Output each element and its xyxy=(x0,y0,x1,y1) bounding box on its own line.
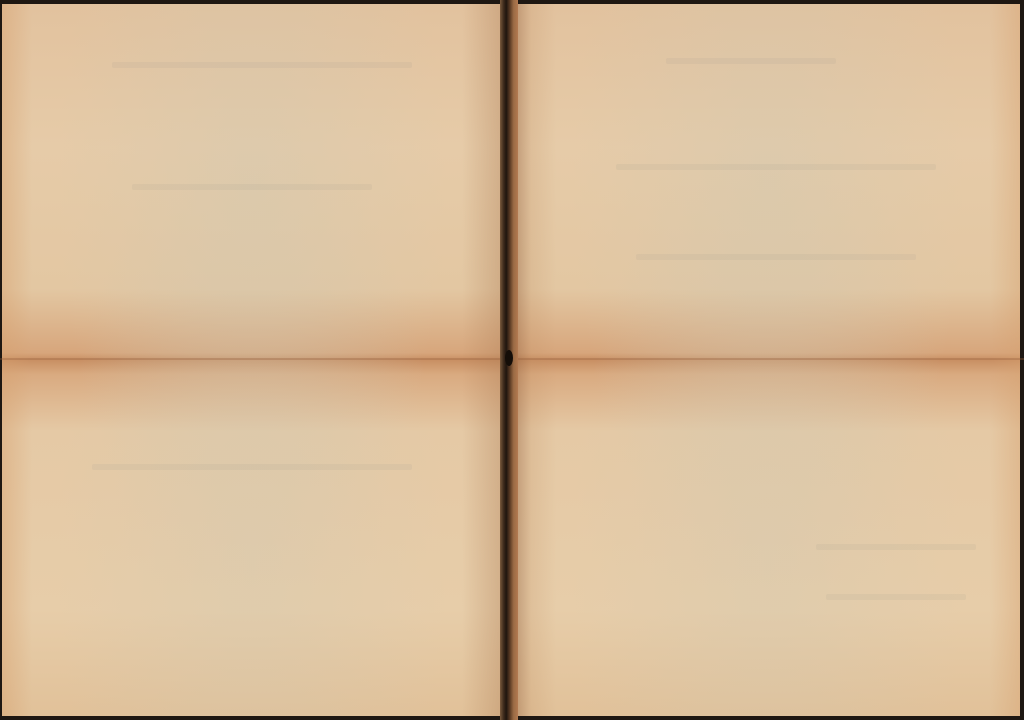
bleed-through-line xyxy=(132,184,372,190)
bleed-through-line xyxy=(92,464,412,470)
book-spread xyxy=(0,0,1024,720)
bleed-through-line xyxy=(636,254,916,260)
right-page xyxy=(516,4,1020,716)
bleed-through-line xyxy=(616,164,936,170)
right-page-paper xyxy=(516,4,1020,716)
gutter-binding-mark xyxy=(505,350,513,366)
bleed-through-line xyxy=(816,544,976,550)
bleed-through-line xyxy=(826,594,966,600)
left-page xyxy=(2,4,502,716)
bleed-through-line xyxy=(666,58,836,64)
left-page-paper xyxy=(2,4,502,716)
bleed-through-line xyxy=(112,62,412,68)
